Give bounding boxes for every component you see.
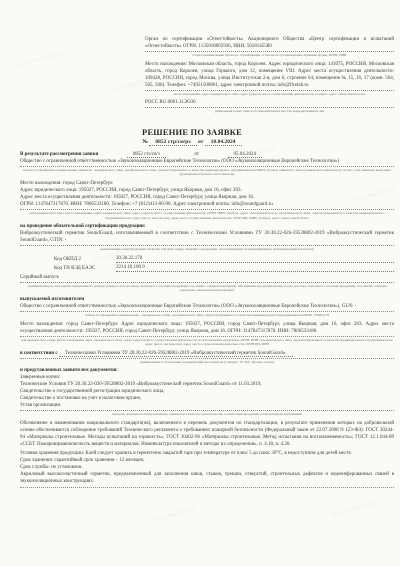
manufacturer-address: Место нахождения: город Санкт-Петербург.… (20, 321, 394, 335)
applicant-activity-address: Адрес места осуществления деятельности: … (20, 194, 394, 201)
watermark: Огнестойкость (330, 499, 378, 520)
decision-document: Огнестойкость Огнестойкость Огнестойкост… (0, 0, 400, 566)
okpd-label: Код ОКПД 2 (20, 256, 116, 263)
application-date: 05.04.2024 (228, 152, 263, 158)
decision-from-label: от (198, 139, 203, 145)
cert-body-name: Орган по сертификации «Огнестойкость» Ак… (145, 36, 394, 50)
watermark: Огнестойкость (150, 504, 198, 525)
signature-dotted-line (20, 486, 394, 488)
applicant-legal-address: Адрес юридического лица: 195027, РОССИЯ,… (20, 187, 394, 194)
cert-body-address: Место нахождения: Московская область, го… (145, 61, 394, 89)
accordance-label: в соответствии с (20, 351, 58, 356)
decision-number: 0852 стр/см/рз (149, 139, 196, 146)
accreditation-caption: уникальный номер записи об аккредитации … (145, 107, 394, 114)
document-item: Свидетельство о постановке на учет в нал… (20, 395, 394, 402)
accordance-text: Техническими Условиями ТУ 20.30.22-026-5… (59, 351, 293, 357)
product-description-caption: наименование и вид продукции, включая то… (20, 245, 394, 252)
title-block: РЕШЕНИЕ ПО ЗАЯВКЕ № 0852 стр/см/рз от 10… (20, 127, 364, 145)
document-title: РЕШЕНИЕ ПО ЗАЯВКЕ (20, 127, 364, 137)
cert-body-address-caption: место нахождения, адрес юридического лиц… (145, 90, 394, 97)
service-life: Срок службы: не установлен. (20, 464, 394, 471)
applicant-registration-ids: ОГРН: 1147847317870. ИНН: 7806533180. Те… (20, 201, 394, 208)
applicant-name: Общество с ограниченной ответственностью… (20, 158, 394, 165)
document-item: Технические Условия ТУ 20.30.22-026-5952… (20, 381, 394, 388)
certification-body-block: Орган по сертификации «Огнестойкость» Ак… (145, 36, 394, 114)
decision-date: 10.04.2024 (205, 139, 242, 146)
watermark: Огнестойкость (18, 49, 66, 70)
tnved-code-row: Код ТН ВЭД ЕАЭС 3214 10 100 9 (20, 264, 394, 272)
accordance-line: в соответствии с Техническими Условиями … (20, 350, 394, 357)
release-type: Серийный выпуск (20, 274, 394, 281)
product-description: Виброакустический герметик SoundGuard, и… (20, 230, 394, 244)
accordance-caption: наименование и обозначение документации … (20, 358, 394, 365)
manufacturer-address-caption: для юридического лица: место нахождения,… (20, 336, 394, 347)
manufacturer-name-caption: полное и сокращенное наименование - юрид… (20, 311, 394, 318)
applicant-location: Место нахождения: город Санкт-Петербург. (20, 180, 394, 187)
decision-number-line: № 0852 стр/см/рз от 10.04.2024 (20, 139, 364, 145)
application-intro-label: В результате рассмотрения заявки (20, 152, 98, 157)
accreditation-number: РОСС RU.0001.11ЭО30 (145, 99, 394, 106)
final-product-description: Акриловый высокоэластичный герметик, пре… (20, 471, 394, 485)
okpd-value: 20.30.22.170 (116, 255, 394, 263)
standards-paragraph: Обозначение и наименование национального… (20, 420, 394, 448)
documents-caption: перечень документов, представленных заяв… (20, 410, 394, 417)
storage-conditions: Условия хранения продукции: Клей следует… (20, 450, 394, 457)
shelf-life: Срок хранения: гарантийный срок хранения… (20, 457, 394, 464)
documents-section-label: и представленных заявителем документов: (20, 367, 394, 374)
document-item: Свидетельство о государственной регистра… (20, 388, 394, 395)
release-type-caption: серийный выпуск, или партия определенног… (20, 282, 394, 293)
tnved-label: Код ТН ВЭД ЕАЭС (20, 265, 116, 272)
application-number: 0852 стз/св/з (127, 152, 166, 158)
decision-number-prefix: № (142, 139, 148, 145)
application-intro-row: В результате рассмотрения заявки 0852 ст… (20, 151, 394, 158)
okpd-code-row: Код ОКПД 2 20.30.22.170 (20, 255, 394, 263)
application-from-label: от (194, 152, 199, 157)
documents-intro: Заверенные копии: (20, 374, 394, 381)
document-item: Устав организации. (20, 402, 394, 409)
applicant-caption: полное и сокращенное наименование заявит… (20, 166, 394, 177)
product-section-label: на проведение обязательной сертификации … (20, 223, 394, 230)
tnved-value: 3214 10 100 9 (116, 264, 394, 272)
manufacturer-name: Общество с ограниченной ответственностью… (20, 303, 394, 310)
applicant-address-caption: для юридического лица: место нахождения,… (20, 209, 394, 220)
cert-body-name-caption: полное наименование органа по сертификац… (145, 51, 394, 58)
manufacturer-section-label: выпускаемой изготовителем (20, 296, 394, 303)
